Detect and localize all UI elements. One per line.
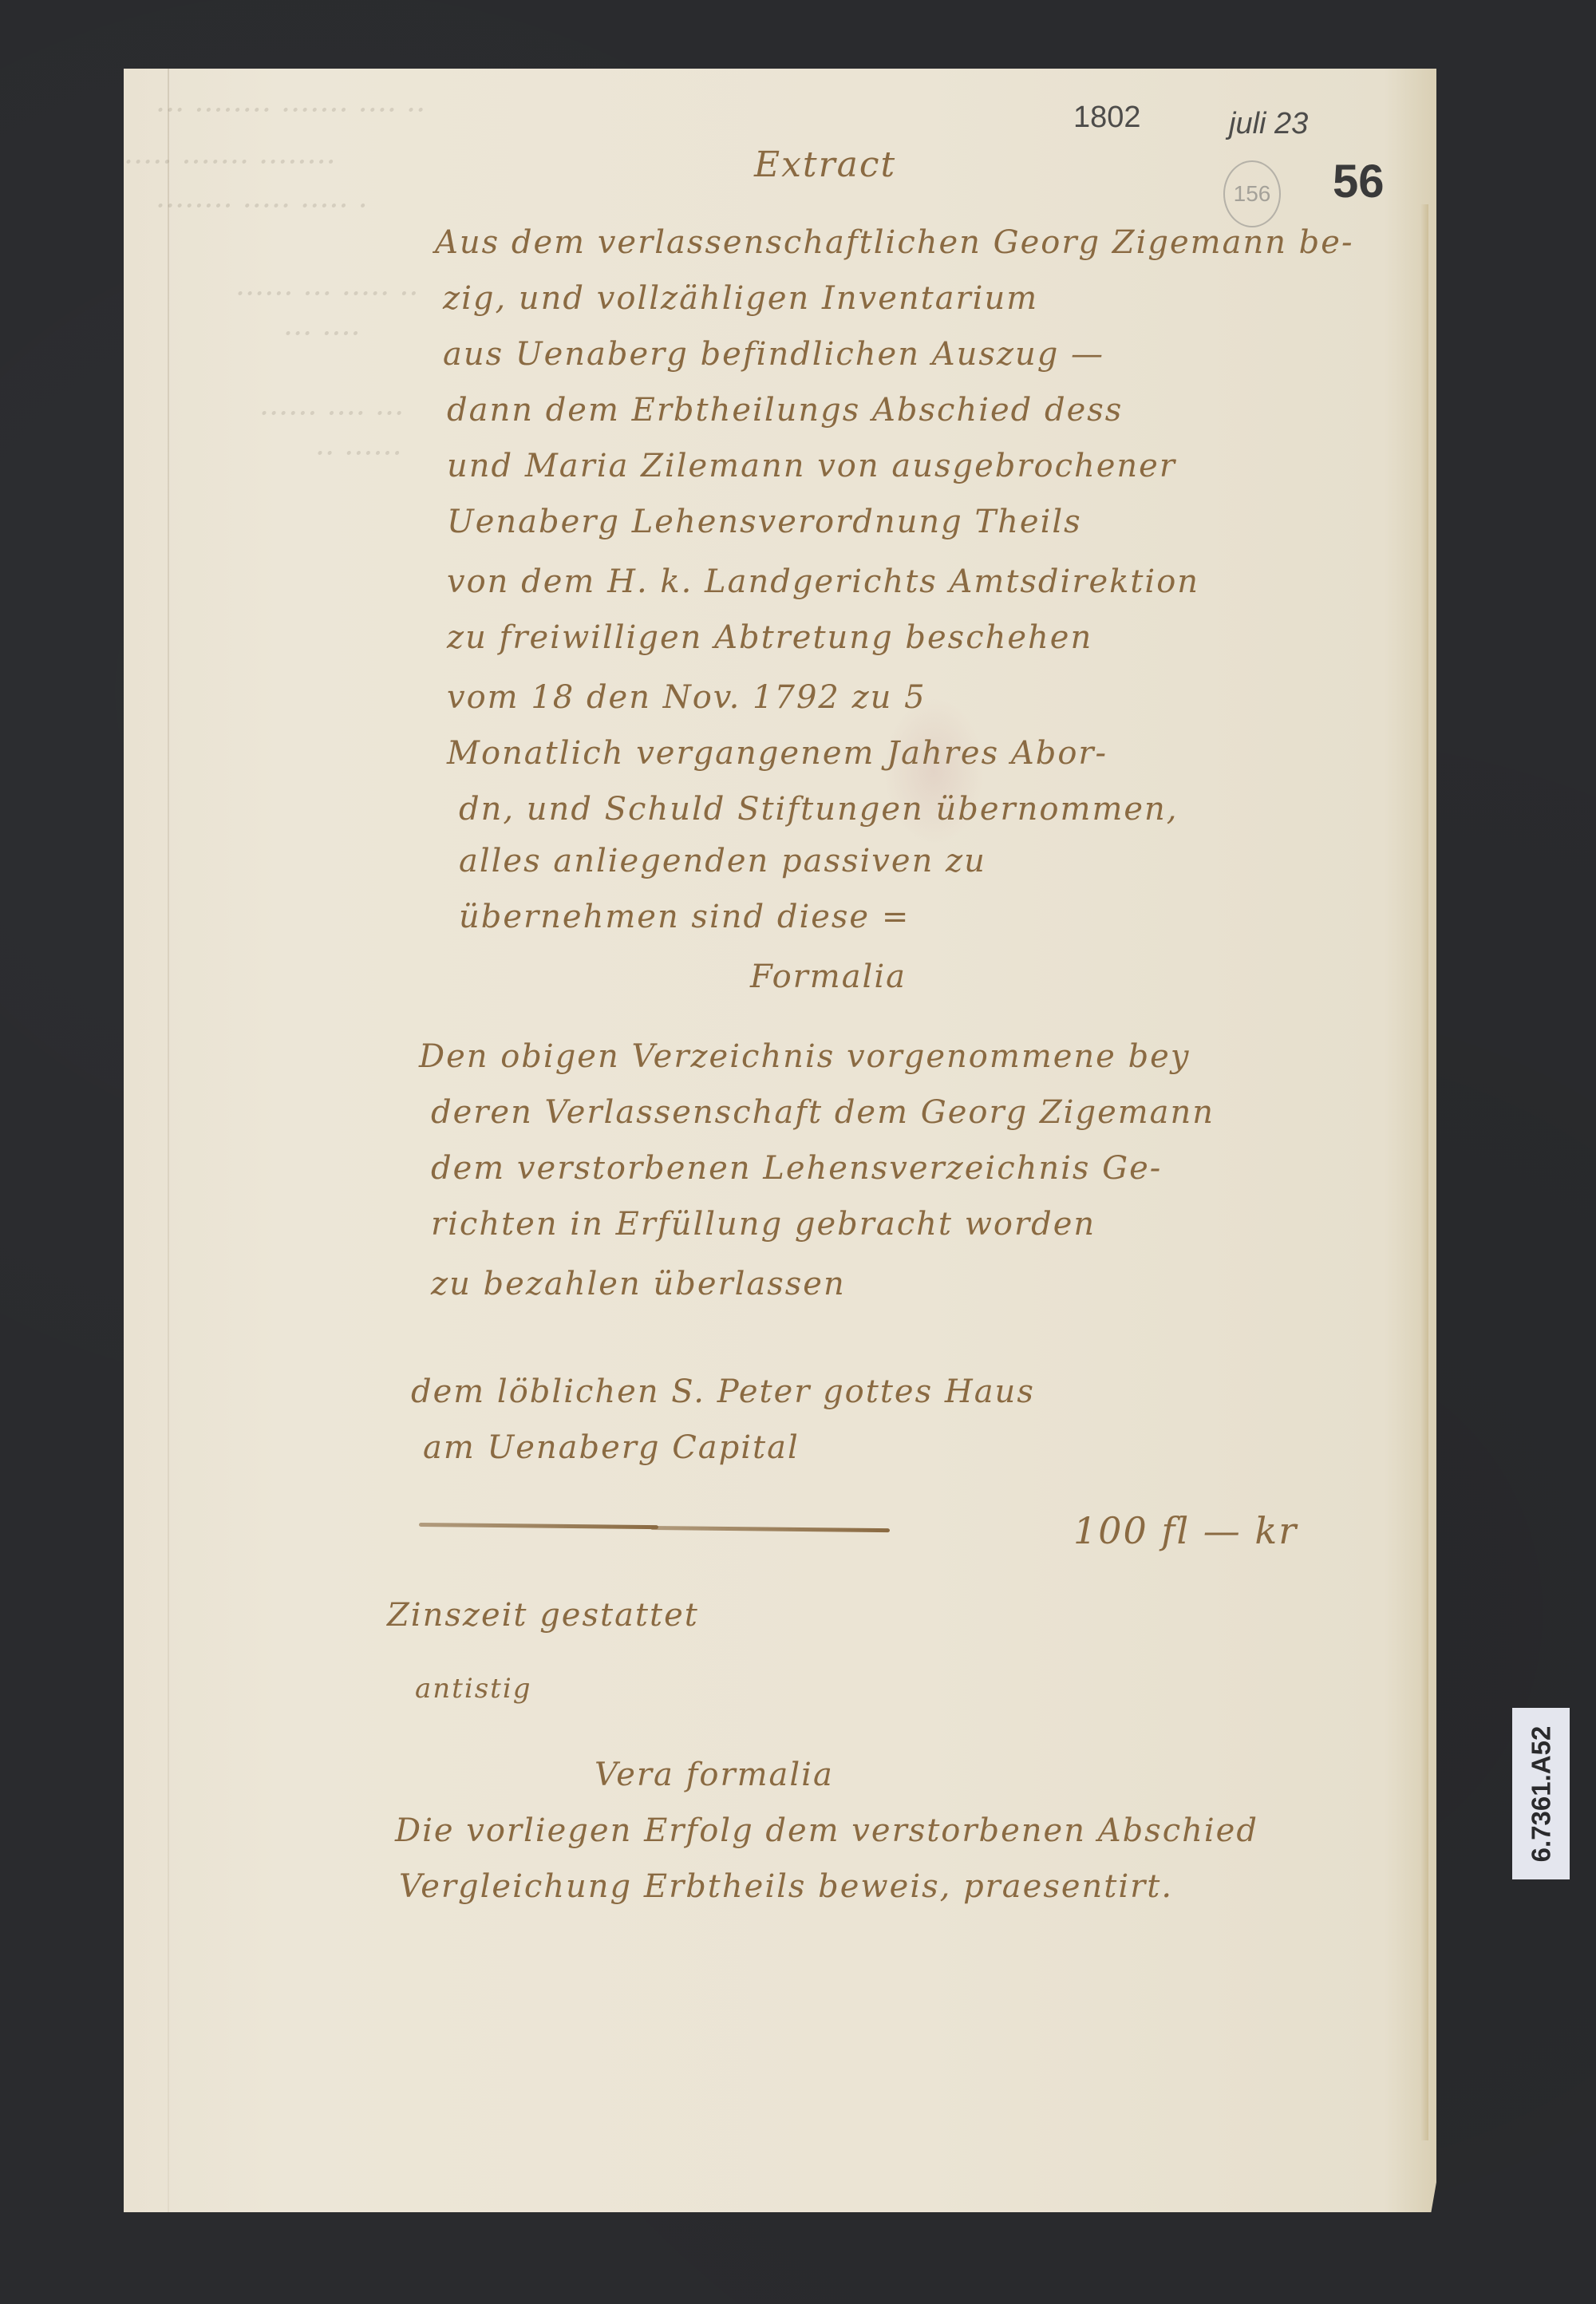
vera-formalia-line: Die vorliegen Erfolg dem verstorbenen Ab… [395, 1812, 1258, 1849]
body-line: dann dem Erbtheilungs Abschied dess [447, 392, 1123, 429]
formalia-line: zu bezahlen überlassen [431, 1266, 846, 1302]
bleed-through-text: ····· ······· ········ [124, 144, 336, 180]
circled-folio-stamp: 156 [1223, 160, 1281, 227]
archive-date-note: juli 23 [1229, 107, 1308, 141]
bleed-through-text: ········ ····· ····· · [156, 188, 368, 223]
bleed-through-text: ··· ···· [283, 316, 361, 351]
document-title: Extract [754, 144, 896, 185]
bleed-through-text: ······ ··· ····· ·· [235, 276, 419, 311]
entry-rule-line [650, 1526, 890, 1532]
section-heading-formalia: Formalia [750, 958, 907, 995]
body-line: Aus dem verlassenschaftlichen Georg Zige… [435, 224, 1353, 261]
formalia-line: richten in Erfüllung gebracht worden [431, 1206, 1096, 1243]
entry-line: am Uenaberg Capital [423, 1429, 800, 1466]
manuscript-page: ··· ········ ······· ···· ·· ····· ·····… [124, 69, 1436, 2212]
formalia-line: dem verstorbenen Lehensverzeichnis Ge- [431, 1150, 1162, 1187]
shelfmark-text: 6.7361.A52 [1526, 1725, 1556, 1862]
formalia-line: Den obigen Verzeichnis vorgenommene bey [419, 1038, 1190, 1075]
body-line: Uenaberg Lehensverordnung Theils [447, 504, 1082, 540]
section-heading-vera-formalia: Vera formalia [595, 1757, 834, 1793]
body-line: alles anliegenden passiven zu [459, 843, 986, 879]
antistig-note: antistig [415, 1673, 531, 1705]
body-line: übernehmen sind diese = [459, 899, 910, 935]
body-line: Monatlich vergangenem Jahres Abor- [447, 735, 1108, 772]
body-line: und Maria Zilemann von ausgebrochener [447, 448, 1176, 484]
body-line: dn, und Schuld Stiftungen übernommen, [459, 791, 1179, 828]
entry-line: dem löblichen S. Peter gottes Haus [411, 1373, 1035, 1410]
body-line: von dem H. k. Landgerichts Amtsdirektion [447, 563, 1199, 600]
folio-number: 56 [1333, 155, 1385, 208]
vera-formalia-line: Vergleichung Erbtheils beweis, praesenti… [399, 1868, 1173, 1905]
archive-shelfmark-label: 6.7361.A52 [1512, 1708, 1570, 1879]
formalia-line: deren Verlassenschaft dem Georg Zigemann [431, 1094, 1215, 1131]
zinszeit-note: Zinszeit gestattet [387, 1597, 699, 1634]
body-line: zig, und vollzähligen Inventarium [443, 280, 1038, 317]
entry-amount: 100 fl — kr [1073, 1509, 1298, 1552]
bleed-through-text: ·· ······ [315, 436, 402, 471]
body-line: zu freiwilligen Abtretung beschehen [447, 619, 1092, 656]
circled-number: 156 [1234, 181, 1271, 207]
archive-year-note: 1802 [1073, 101, 1141, 135]
body-line: aus Uenaberg befindlichen Auszug — [443, 336, 1104, 373]
bleed-through-text: ······ ···· ··· [259, 396, 404, 431]
bleed-through-text: ··· ········ ······· ···· ·· [156, 93, 425, 128]
body-line: vom 18 den Nov. 1792 zu 5 [447, 679, 926, 716]
entry-rule-line [419, 1523, 658, 1529]
